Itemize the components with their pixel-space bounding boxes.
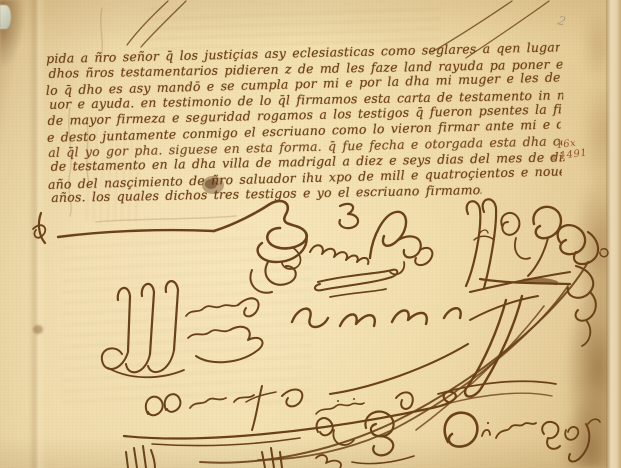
rubric-right-edge xyxy=(558,225,608,346)
signature-center-upper xyxy=(310,212,432,297)
manuscript-page-photo: pida a ñro señor q̄ los justiçias asy ec… xyxy=(0,0,621,468)
long-sweeping-strokes xyxy=(200,262,588,463)
signature-right-upper xyxy=(466,199,570,292)
partial-bottom-strokes xyxy=(126,446,282,468)
signature-left-middle xyxy=(102,281,263,377)
calderon-mark xyxy=(339,204,358,228)
top-diagonal-strokes xyxy=(127,1,549,58)
ink-signatures-layer xyxy=(0,0,621,468)
signature-bottom-center xyxy=(316,392,414,468)
flourish-line-left xyxy=(33,213,214,243)
ink-blot xyxy=(202,176,224,194)
rubric-knot-center-left xyxy=(214,201,307,293)
